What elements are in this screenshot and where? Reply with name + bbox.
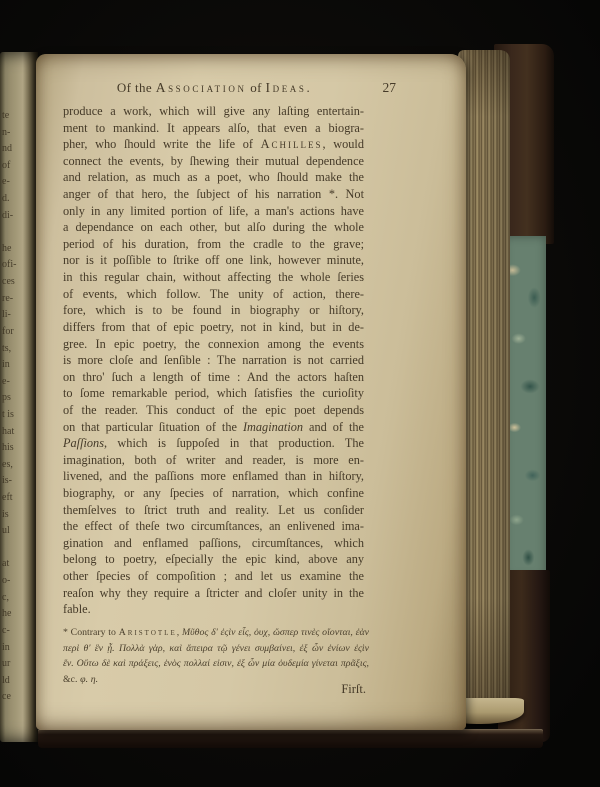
text-line: c, <box>2 590 24 607</box>
text-line: ts, <box>2 341 24 358</box>
text-line: on thro' ſuch a length of time : And the… <box>63 369 364 386</box>
text-line: ment to mankind. It appears alſo, that e… <box>63 120 364 137</box>
cover-edge-below-page <box>38 729 543 748</box>
text-line: he <box>2 241 24 258</box>
text-line: other ſpecies of compoſition ; and let u… <box>63 568 364 585</box>
text-line: of events, which follow. The unity of ac… <box>63 286 364 303</box>
text-line: nor is it poſſible to ſtrike off one lin… <box>63 252 364 269</box>
text-line <box>2 540 24 557</box>
text-line: and relation, as much as a poet, who ſho… <box>63 169 364 186</box>
text-line: is <box>2 507 24 524</box>
text-line: ces <box>2 274 24 291</box>
text-line: his <box>2 440 24 457</box>
catchword: Firſt. <box>341 682 366 697</box>
text-line: eft <box>2 490 24 507</box>
text-line: ul <box>2 523 24 540</box>
text-line: e- <box>2 374 24 391</box>
text-line: es, <box>2 457 24 474</box>
text-line: of the reader. This conduct of the epic … <box>63 402 364 419</box>
book-page: Of the Association of Ideas. 27 produce … <box>36 54 466 730</box>
text-line: περὶ θ' ἓν ᾖ. Πολλὰ γὰρ, καὶ ἄπειρα τῷ γ… <box>63 641 369 657</box>
text-line: te <box>2 108 24 125</box>
text-line: hat <box>2 424 24 441</box>
text-line: Paſſions, which is ſuppoſed in that prod… <box>63 435 364 452</box>
text-line: connect the events, by ſhewing their mut… <box>63 153 364 170</box>
text-line: li- <box>2 307 24 324</box>
text-line: reaſon why they require a ſtricter and c… <box>63 585 364 602</box>
text-line: ofi- <box>2 257 24 274</box>
text-line: to ſome remarkable period, which ſatisfi… <box>63 385 364 402</box>
text-line: n- <box>2 125 24 142</box>
text-line: imagination, both of writer and reader, … <box>63 452 364 469</box>
text-line: ἕν. Οὕτω δὲ καὶ πράξεις, ἑνὸς πολλαί εἰσ… <box>63 656 369 672</box>
text-line: fore, which is to be found in biography … <box>63 302 364 319</box>
text-line: Of the Association of Ideas. <box>63 78 364 98</box>
text-line: in this regular chain, without affecting… <box>63 269 364 286</box>
text-line: differs from that of epic poetry, not in… <box>63 319 364 336</box>
text-line: in <box>2 640 24 657</box>
text-line: produce a work, which will give any laſt… <box>63 103 364 120</box>
text-line: gree. In epic poetry, the connexion amon… <box>63 336 364 353</box>
text-line: at <box>2 556 24 573</box>
text-line: ps <box>2 390 24 407</box>
text-line: d. <box>2 191 24 208</box>
text-line: ld <box>2 673 24 690</box>
page-header: Of the Association of Ideas. 27 <box>63 78 364 98</box>
text-line <box>2 224 24 241</box>
text-line: is- <box>2 473 24 490</box>
text-line: c- <box>2 623 24 640</box>
marbled-paper-edge <box>504 236 546 578</box>
text-line: o- <box>2 573 24 590</box>
text-line: the effect of theſe two circumſtances, a… <box>63 518 364 535</box>
footnote: * Contrary to Aristotle, Μῦθος δ' ἐςὶν ε… <box>63 625 369 687</box>
previous-page-text-fragments: ten-ndofe-d.di-heofi-cesre-li-forts,ine-… <box>2 108 24 706</box>
text-line: ce <box>2 689 24 706</box>
page-number: 27 <box>383 78 397 98</box>
text-line: di- <box>2 208 24 225</box>
text-line: fable. <box>63 601 364 618</box>
text-line: only in any limited portion of life, a m… <box>63 203 364 220</box>
text-line: belong to poetry, eſpecially the epic ki… <box>63 551 364 568</box>
text-line: anger of that hero, the ſubject of his n… <box>63 186 364 203</box>
text-line: nd <box>2 141 24 158</box>
text-line: &c. φ. η. <box>63 672 369 688</box>
running-title: Of the Association of Ideas. <box>63 78 364 98</box>
text-line: e- <box>2 174 24 191</box>
text-line: is more cloſe and ſenſible : The narrati… <box>63 352 364 369</box>
text-line: pher, who ſhould write the life of Achil… <box>63 136 364 153</box>
text-line: re- <box>2 291 24 308</box>
text-line: in <box>2 357 24 374</box>
text-line: themſelves to ſtrict truth and reality. … <box>63 502 364 519</box>
previous-page-edge: ten-ndofe-d.di-heofi-cesre-li-forts,ine-… <box>0 52 38 742</box>
text-line: * Contrary to Aristotle, Μῦθος δ' ἐςὶν ε… <box>63 625 369 641</box>
text-line: for <box>2 324 24 341</box>
photographed-book-scene: ten-ndofe-d.di-heofi-cesre-li-forts,ine-… <box>0 0 600 787</box>
text-line: a dependance on each other, but alſo dur… <box>63 219 364 236</box>
text-line: of <box>2 158 24 175</box>
body-text: produce a work, which will give any laſt… <box>63 103 364 618</box>
text-line: biography, or any ſpecies of narration, … <box>63 485 364 502</box>
text-line: livened, and the paſſions more enflamed … <box>63 468 364 485</box>
text-line: t is <box>2 407 24 424</box>
text-line: gination and enflamed paſſions, circumſt… <box>63 535 364 552</box>
text-line: on that particular ſituation of the Imag… <box>63 419 364 436</box>
text-line: period of his duration, from the cradle … <box>63 236 364 253</box>
text-line: ur <box>2 656 24 673</box>
text-line: he <box>2 606 24 623</box>
